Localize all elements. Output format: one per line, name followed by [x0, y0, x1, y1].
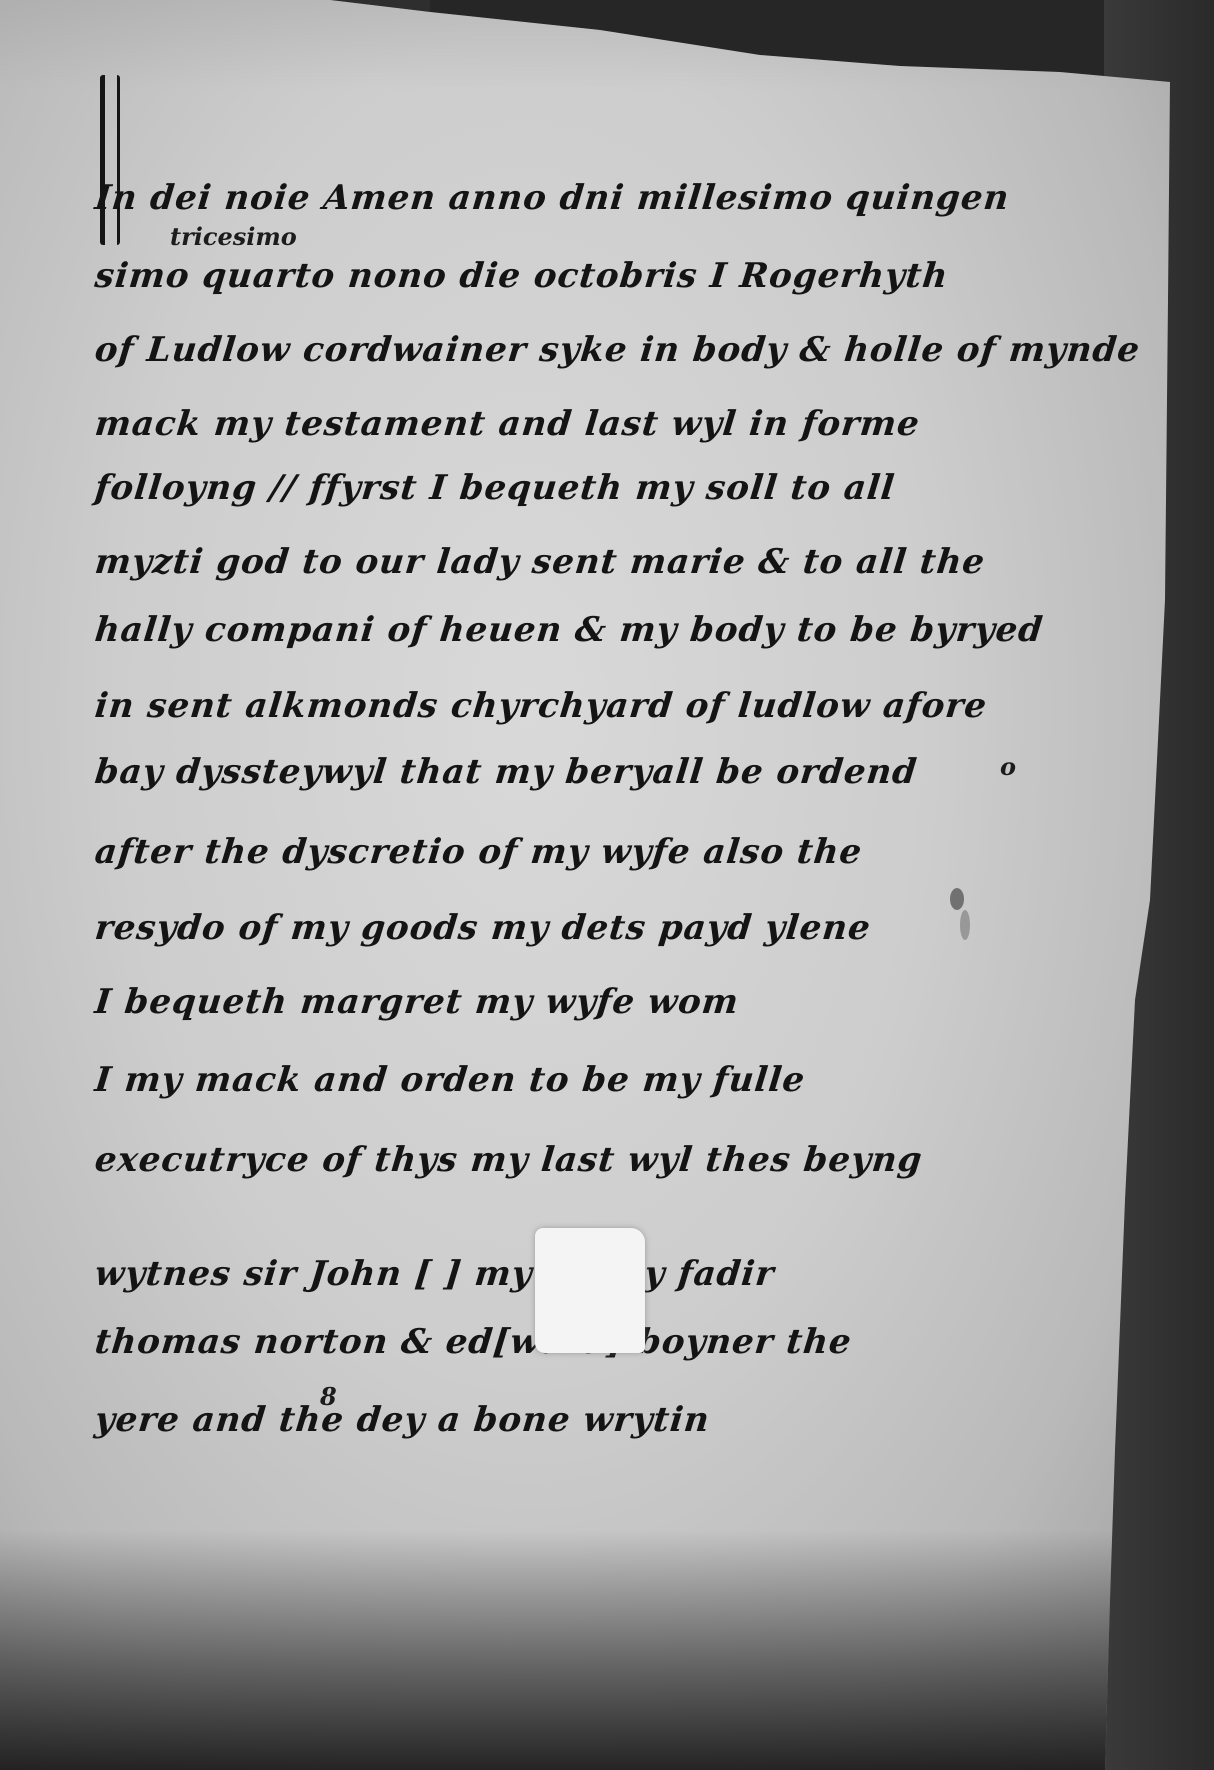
interlinear-insertion: tricesimo — [170, 222, 297, 251]
manuscript-line-13: I my mack and orden to be my fulle — [93, 1060, 807, 1100]
manuscript-line-16: thomas norton & ed[ward] boyner the — [93, 1322, 854, 1362]
manuscript-line-15: wytnes sir John [ ] my gostly fadir — [93, 1254, 777, 1294]
manuscript-line-14: executryce of thys my last wyl thes beyn… — [93, 1140, 925, 1180]
ink-blot — [950, 888, 964, 910]
manuscript-line-2: simo quarto nono die octobris I Rogerhyt… — [93, 256, 950, 296]
manuscript-line-1: In dei noie Amen anno dni millesimo quin… — [93, 178, 1012, 218]
manuscript-line-4: mack my testament and last wyl in forme — [93, 404, 922, 444]
manuscript-line-9: bay dyssteywyl that my beryall be ordend — [93, 752, 919, 792]
manuscript-scan: tricesimo o 8 In dei noie Amen anno dni … — [0, 0, 1214, 1770]
manuscript-line-12: I bequeth margret my wyfe wom — [93, 982, 741, 1022]
manuscript-line-3: of Ludlow cordwainer syke in body & holl… — [93, 330, 1142, 370]
manuscript-line-7: hally compani of heuen & my body to be b… — [93, 610, 1045, 650]
manuscript-line-5: folloyng // ffyrst I bequeth my soll to … — [93, 468, 897, 508]
interlinear-insertion: o — [1000, 752, 1016, 781]
manuscript-line-11: resydo of my goods my dets payd ylene — [93, 908, 873, 948]
parchment-hole — [535, 1228, 645, 1353]
decorated-initial-i — [100, 75, 120, 245]
ink-blot — [960, 910, 970, 940]
manuscript-line-8: in sent alkmonds chyrchyard of ludlow af… — [93, 686, 989, 726]
manuscript-line-17: yere and the dey a bone wrytin — [93, 1400, 712, 1440]
manuscript-line-6: myzti god to our lady sent marie & to al… — [93, 542, 987, 582]
manuscript-line-10: after the dyscretio of my wyfe also the — [93, 832, 864, 872]
